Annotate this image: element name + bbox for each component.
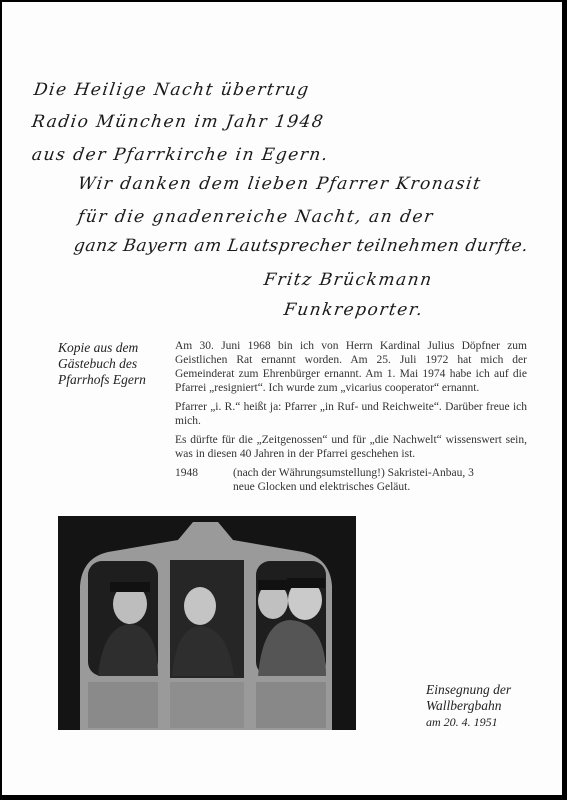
handwritten-line: Die Heilige Nacht übertrug: [33, 80, 311, 100]
handwritten-line: Wir danken dem lieben Pfarrer Kronasit: [77, 174, 483, 194]
document-page: Die Heilige Nacht übertrug Radio München…: [2, 2, 562, 795]
photo-caption: Einsegnung der Wallbergbahn am 20. 4. 19…: [426, 682, 511, 730]
handwritten-line: für die gnadenreiche Nacht, an der: [77, 207, 435, 227]
paragraph: Es dürfte für die „Zeitgenossen“ und für…: [175, 433, 527, 461]
chronicle-entry: 1948 (nach der Währungsumstellung!) Sakr…: [175, 466, 527, 494]
handwritten-line: aus der Pfarrkirche in Egern.: [31, 145, 331, 165]
chronicle-year: 1948: [175, 466, 233, 494]
handwritten-line: ganz Bayern am Lautsprecher teilnehmen d…: [73, 236, 530, 256]
paragraph: Am 30. Juni 1968 bin ich von Herrn Kardi…: [175, 339, 527, 395]
paragraph: Pfarrer „i. R.“ heißt ja: Pfarrer „in Ru…: [175, 400, 527, 428]
handwritten-line: Radio München im Jahr 1948: [31, 112, 326, 132]
body-text: Am 30. Juni 1968 bin ich von Herrn Kardi…: [175, 339, 527, 494]
signature: Fritz Brückmann: [263, 270, 434, 290]
cable-car-photo: [58, 516, 356, 730]
guestbook-caption: Kopie aus dem Gästebuch des Pfarrhofs Eg…: [58, 340, 146, 388]
cable-car-photo-illustration: [58, 516, 356, 730]
chronicle-text: (nach der Währungsumstellung!) Sakristei…: [233, 466, 483, 494]
signature-title: Funkreporter.: [283, 300, 425, 320]
